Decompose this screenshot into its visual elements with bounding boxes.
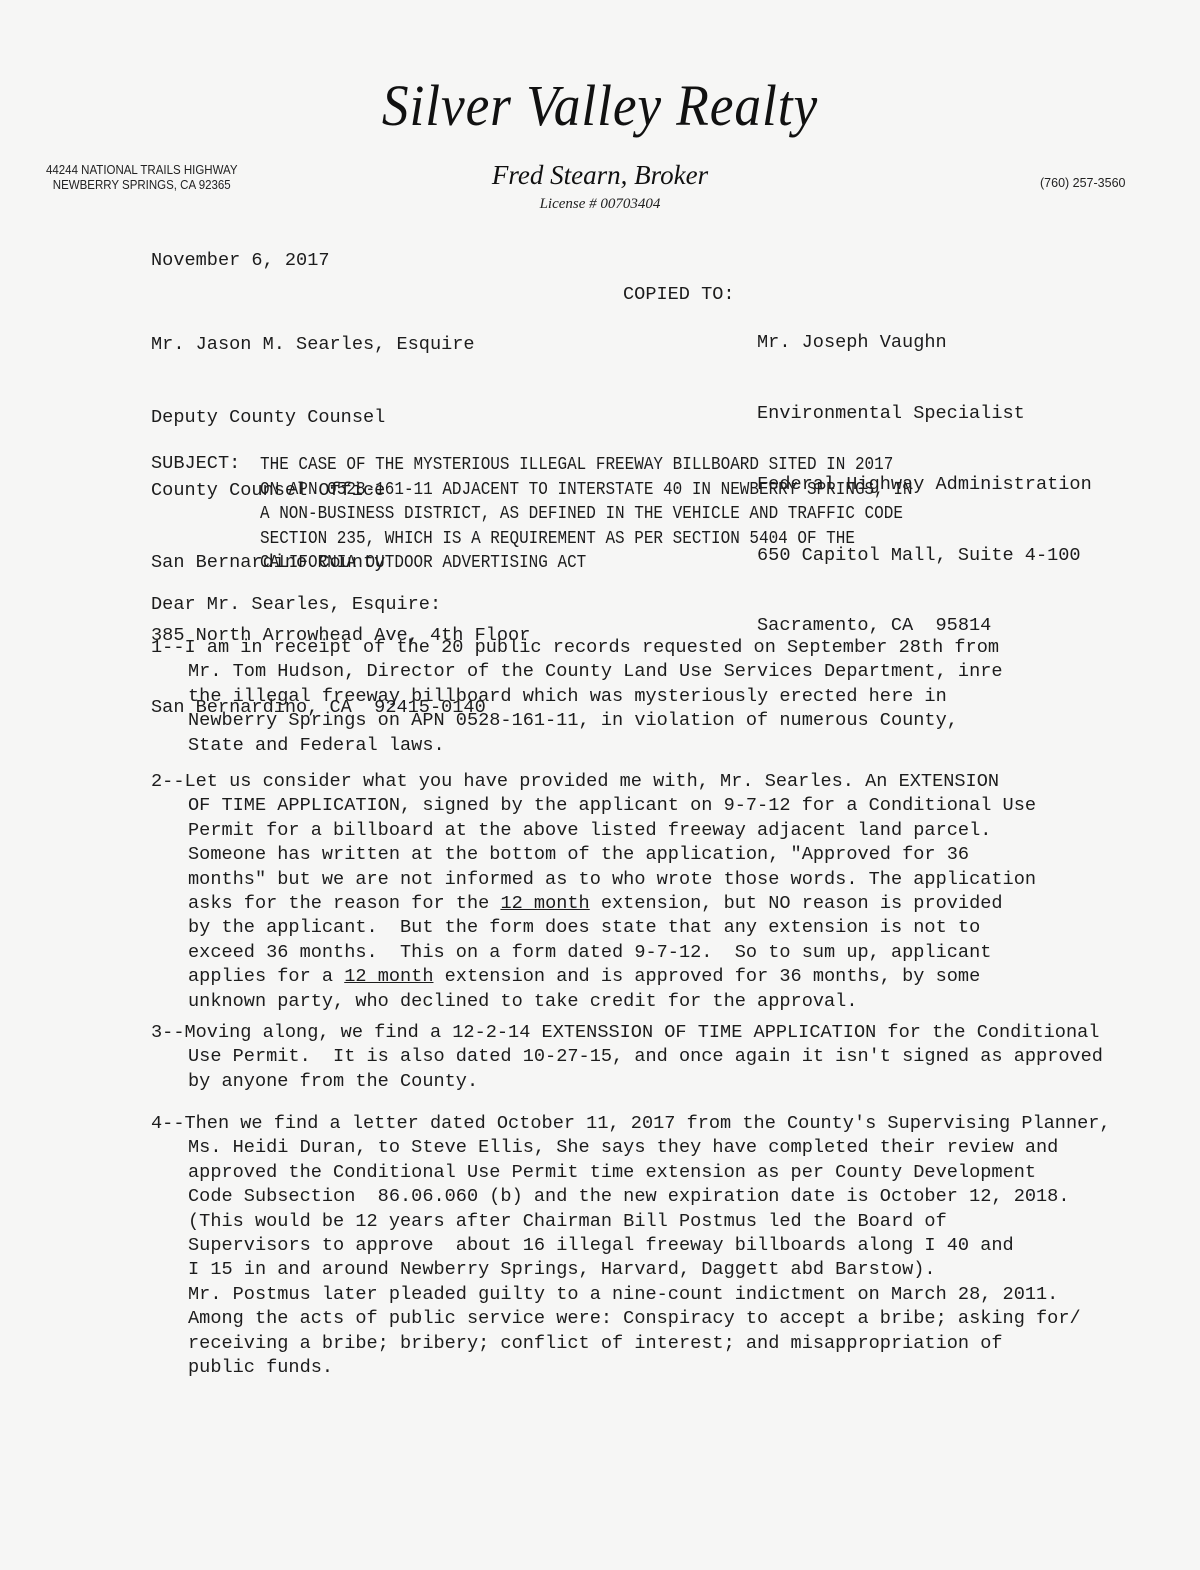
subject-line: CALIFORNIA OUTDOOR ADVERTISING ACT [260, 551, 913, 576]
letter-page: Silver Valley Realty 44244 NATIONAL TRAI… [0, 0, 1200, 1570]
recipient-line: Deputy County Counsel [151, 406, 530, 430]
copied-line: Sacramento, CA 95814 [757, 614, 1092, 638]
company-phone: (760) 257-3560 [1040, 176, 1125, 190]
license-number: License # 00703404 [0, 196, 1200, 213]
numbered-paragraph: 4--Then we find a letter dated October 1… [151, 1112, 1111, 1380]
paragraph-line: OF TIME APPLICATION, signed by the appli… [188, 795, 1036, 816]
greeting: Dear Mr. Searles, Esquire: [151, 594, 441, 615]
paragraph-line: the illegal freeway billboard which was … [188, 686, 947, 707]
paragraph-line: Someone has written at the bottom of the… [188, 844, 969, 865]
paragraph-line: Supervisors to approve about 16 illegal … [188, 1235, 1014, 1256]
paragraph-line: public funds. [188, 1357, 333, 1378]
broker-name: Fred Stearn, Broker [0, 160, 1200, 191]
paragraph-line: approved the Conditional Use Permit time… [188, 1162, 1036, 1183]
paragraph-line: 1--I am in receipt of the 20 public reco… [151, 637, 999, 658]
paragraph-line: unknown party, who declined to take cred… [188, 991, 857, 1012]
subject-line: THE CASE OF THE MYSTERIOUS ILLEGAL FREEW… [260, 453, 913, 478]
numbered-paragraph: 1--I am in receipt of the 20 public reco… [151, 636, 1003, 758]
subject-line: ON APN 0528-161-11 ADJACENT TO INTERSTAT… [260, 478, 913, 503]
numbered-paragraph: 3--Moving along, we find a 12-2-14 EXTEN… [151, 1021, 1103, 1094]
paragraph-line: Among the acts of public service were: C… [188, 1308, 1081, 1329]
paragraph-line: 4--Then we find a letter dated October 1… [151, 1113, 1111, 1134]
paragraph-line: by anyone from the County. [188, 1071, 478, 1092]
paragraph-line: applies for a 12 month extension and is … [188, 966, 980, 987]
paragraph-line: months" but we are not informed as to wh… [188, 869, 1036, 890]
subject-line: A NON-BUSINESS DISTRICT, AS DEFINED IN T… [260, 502, 913, 527]
copied-line: Environmental Specialist [757, 402, 1092, 426]
paragraph-line: 2--Let us consider what you have provide… [151, 771, 999, 792]
copied-to-label: COPIED TO: [623, 284, 735, 305]
paragraph-line: Code Subsection 86.06.060 (b) and the ne… [188, 1186, 1070, 1207]
paragraph-line: exceed 36 months. This on a form dated 9… [188, 942, 991, 963]
company-name: Silver Valley Realty [48, 72, 1152, 139]
paragraph-line: receiving a bribe; bribery; conflict of … [188, 1333, 1003, 1354]
paragraph-line: Mr. Postmus later pleaded guilty to a ni… [188, 1284, 1058, 1305]
paragraph-line: (This would be 12 years after Chairman B… [188, 1211, 947, 1232]
paragraph-line: Newberry Springs on APN 0528-161-11, in … [188, 710, 958, 731]
paragraph-line: Use Permit. It is also dated 10-27-15, a… [188, 1046, 1103, 1067]
paragraph-line: I 15 in and around Newberry Springs, Har… [188, 1259, 936, 1280]
copied-line: Mr. Joseph Vaughn [757, 331, 1092, 355]
paragraph-line: Ms. Heidi Duran, to Steve Ellis, She say… [188, 1137, 1058, 1158]
paragraph-line: Permit for a billboard at the above list… [188, 820, 991, 841]
paragraph-line: by the applicant. But the form does stat… [188, 917, 980, 938]
numbered-paragraph: 2--Let us consider what you have provide… [151, 770, 1036, 1014]
letter-date: November 6, 2017 [151, 250, 330, 271]
subject-label: SUBJECT: [151, 453, 240, 474]
paragraph-line: 3--Moving along, we find a 12-2-14 EXTEN… [151, 1022, 1099, 1043]
paragraph-line: Mr. Tom Hudson, Director of the County L… [188, 661, 1003, 682]
paragraph-line: State and Federal laws. [188, 735, 445, 756]
subject-block: THE CASE OF THE MYSTERIOUS ILLEGAL FREEW… [260, 453, 1019, 576]
recipient-line: Mr. Jason M. Searles, Esquire [151, 333, 530, 357]
paragraph-line: asks for the reason for the 12 month ext… [188, 893, 1003, 914]
subject-line: SECTION 235, WHICH IS A REQUIREMENT AS P… [260, 527, 913, 552]
